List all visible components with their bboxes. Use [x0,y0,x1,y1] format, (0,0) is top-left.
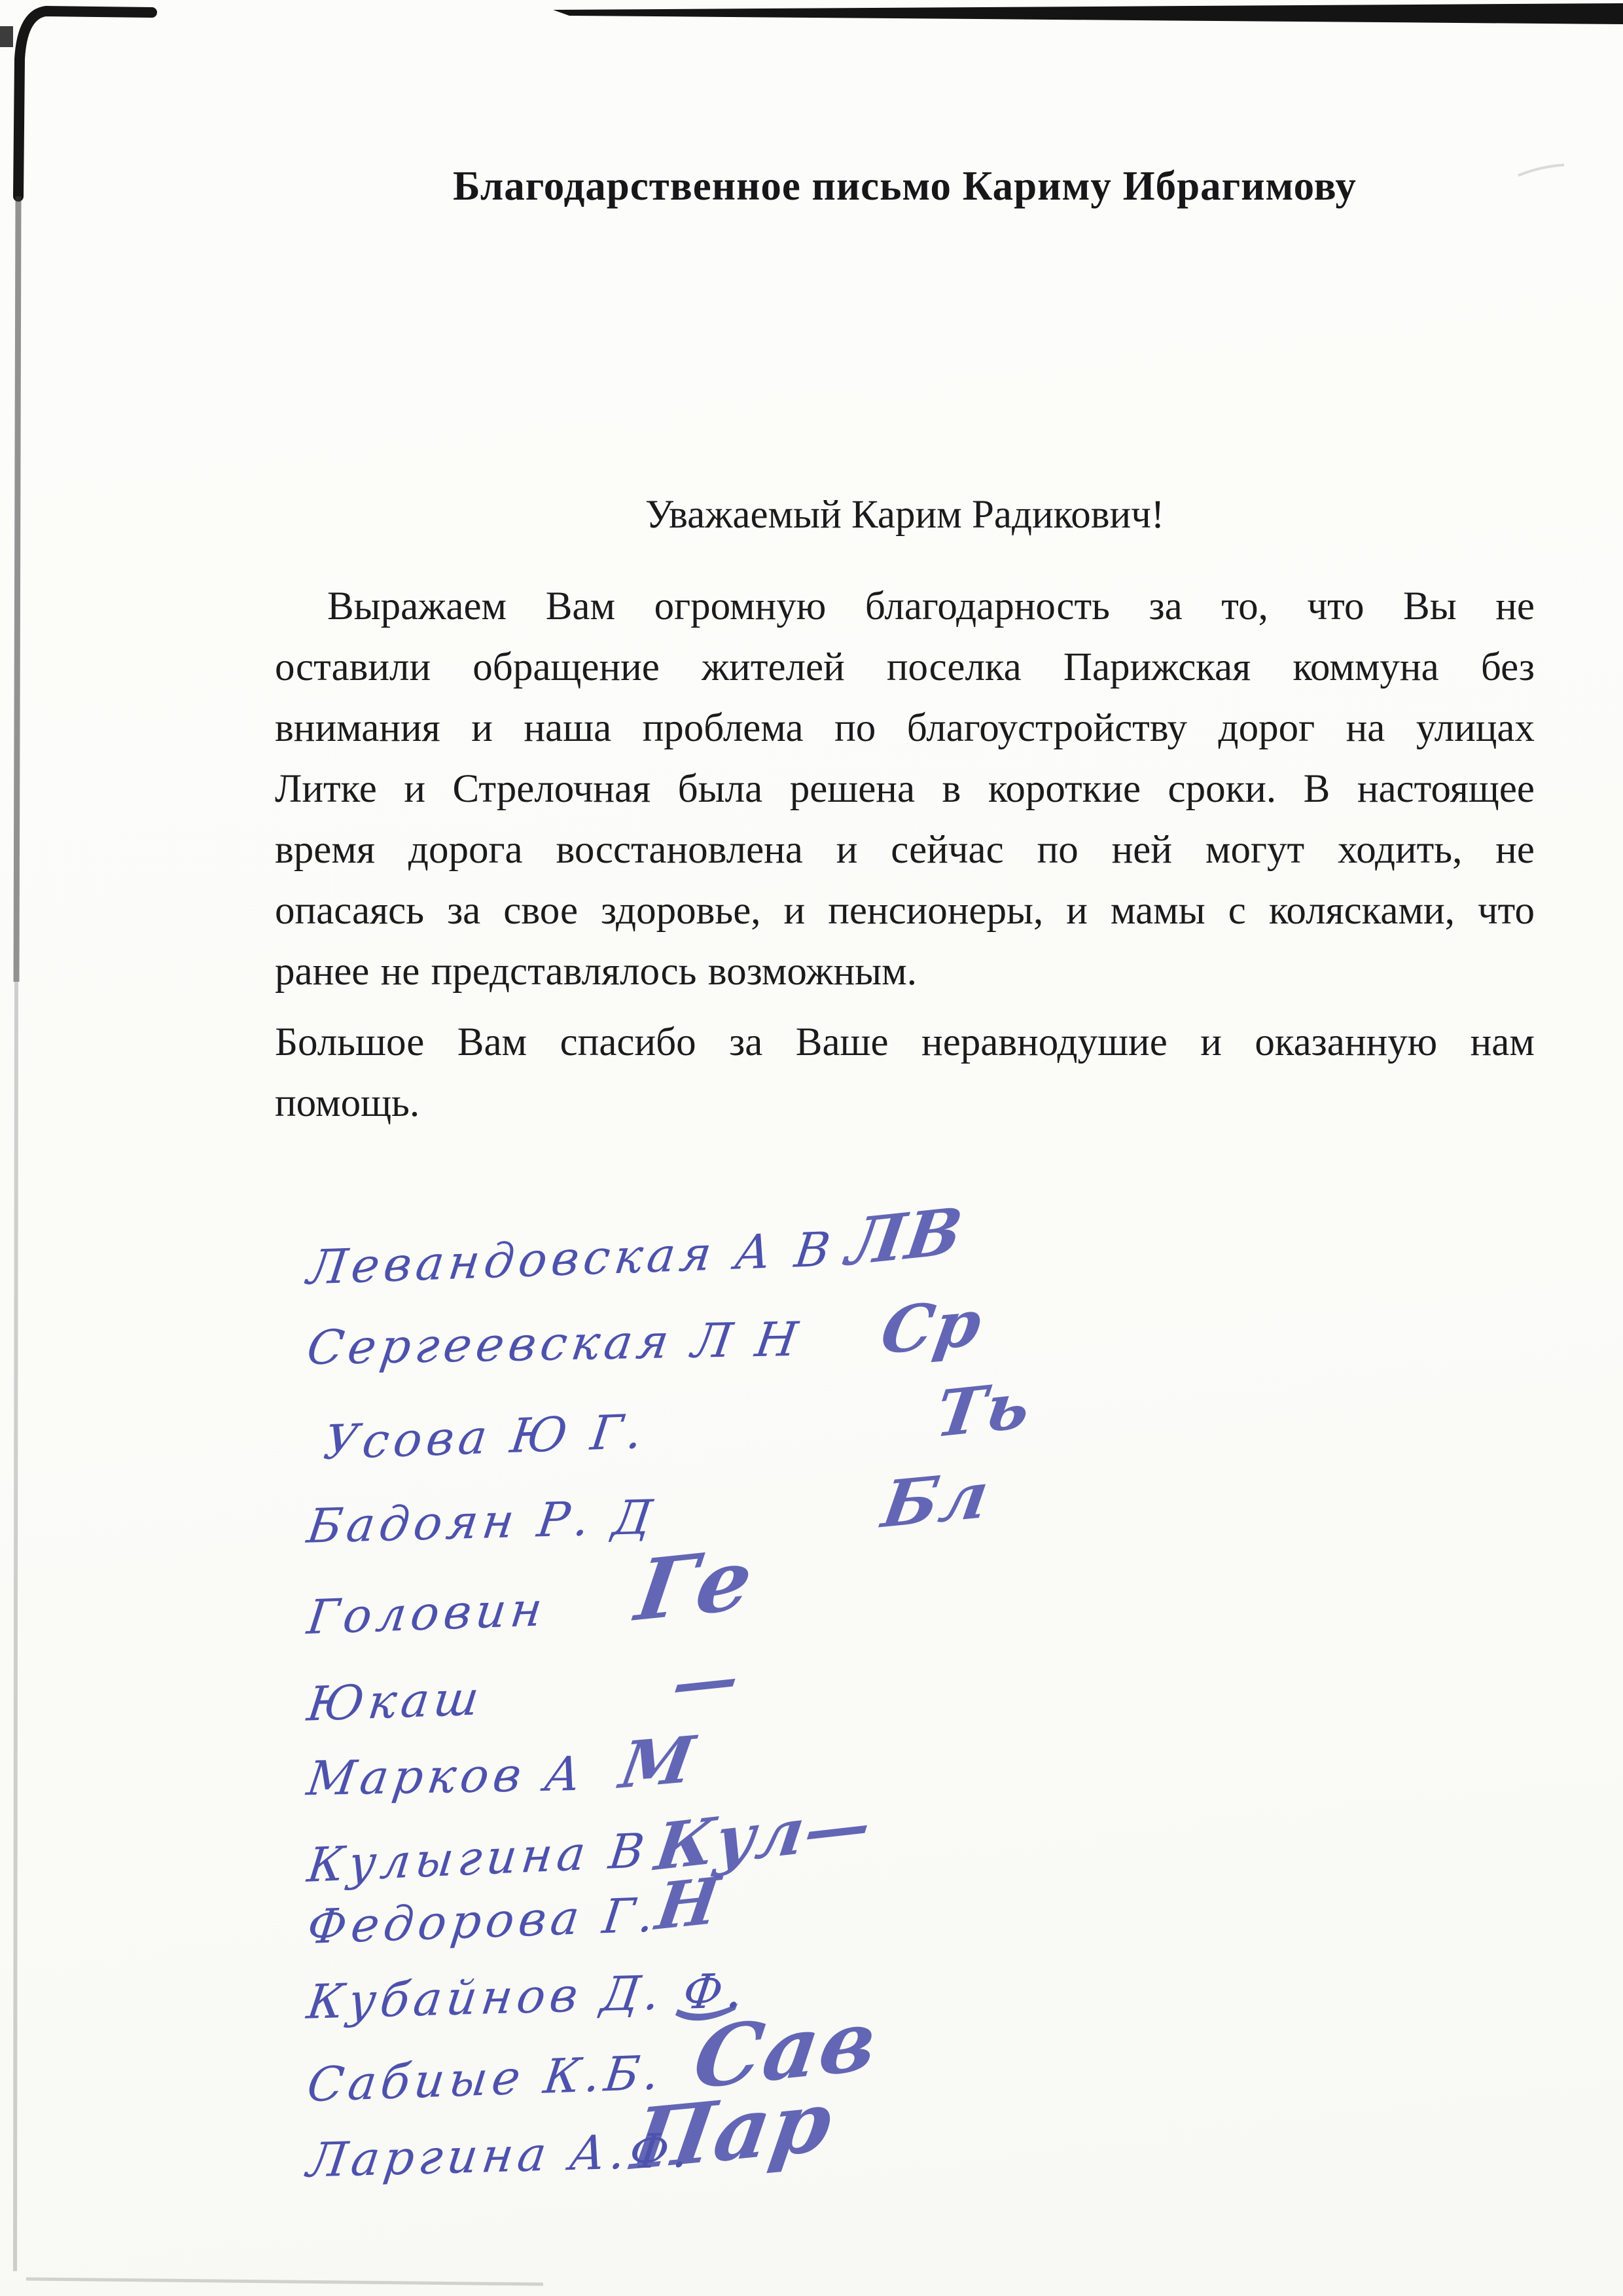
signature-flourish: Ть [931,1367,1036,1454]
signature-row: Левандовская А В ЛВ [306,1206,963,1306]
signature-name: Сергеевская Л Н [302,1300,807,1386]
signatures-section: Левандовская А В ЛВ Сергеевская Л Н Ср У… [0,0,1623,2296]
signature-flourish: Ср [876,1285,989,1371]
signature-flourish: — [668,1639,745,1723]
signature-row: Федорова Г. Н [306,1874,721,1965]
signature-name: Левандовская А В [303,1210,839,1306]
signature-name: Головин [303,1570,551,1656]
signature-name: Юкаш [303,1659,488,1743]
scanned-letter-page: Благодарственное письмо Кариму Ибрагимов… [0,0,1623,2296]
signature-flourish: Пар [628,2083,838,2179]
signature-name: Сабиые К.Б. [303,2034,668,2124]
signature-name: Усова Ю Г. [319,1392,651,1481]
signature-flourish: Бл [877,1457,995,1545]
signature-row: Головин Ге [306,1563,754,1656]
signature-name: Марков А [302,1735,591,1818]
signature-flourish: ЛВ [842,1193,968,1282]
signature-flourish: Ге [632,1541,758,1630]
signature-flourish: М [615,1721,700,1805]
signature-row: Сергеевская Л Н Ср [307,1297,982,1386]
signature-row: Марков А М [307,1733,694,1817]
signature-name: Федорова Г. [303,1876,663,1965]
signature-name: Бадоян Р. Д [302,1478,661,1564]
signature-row: Кубайнов Д. Ф. ‿ [307,1952,741,2040]
signature-row: Ларгина А.Ф. Пар [307,2108,832,2199]
signature-flourish: Н [652,1863,726,1946]
